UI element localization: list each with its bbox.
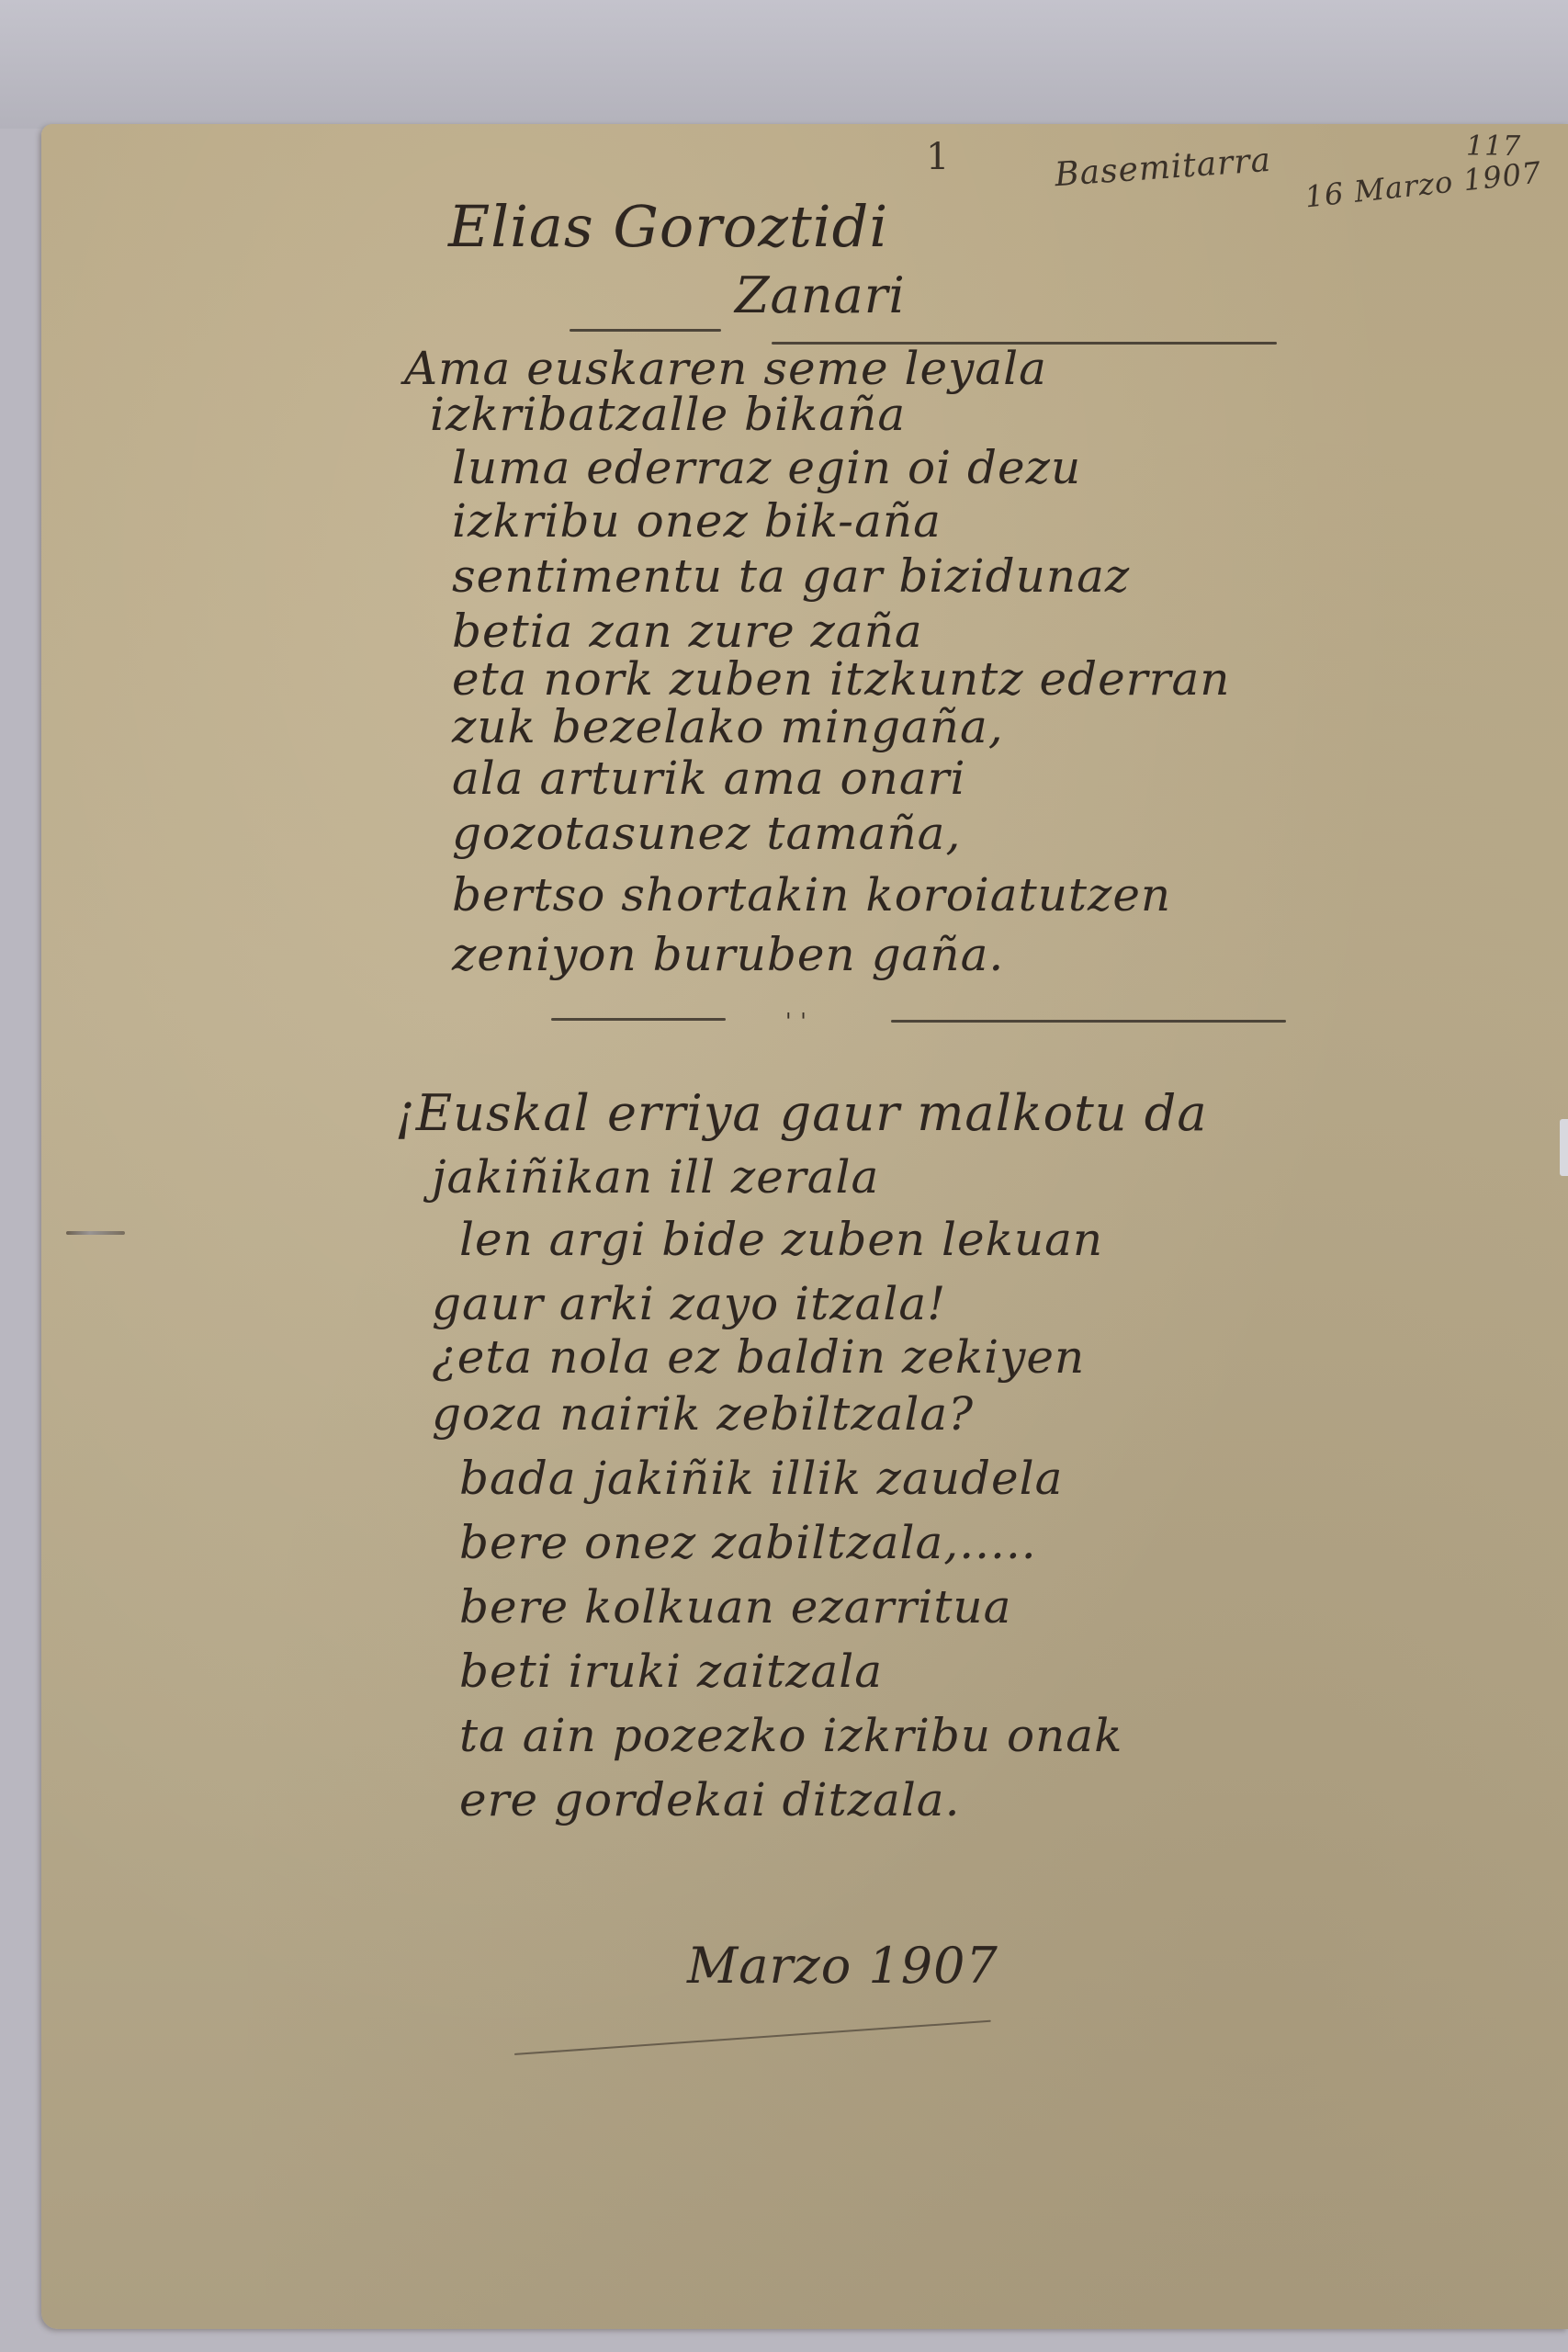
verse-line: ala arturik ama onari [452,752,966,805]
verse-line: ¿eta nola ez baldin zekiyen [432,1330,1085,1384]
verse-line: zuk bezelako mingaña, [452,700,1004,753]
verse-line: bertso shortakin koroiatutzen [452,868,1171,922]
verse-line: ¡Euskal erriya gaur malkotu da [395,1084,1208,1142]
stanza-divider-mark: ' ' [785,1009,807,1035]
footer-date: Marzo 1907 [687,1937,998,1995]
pin-hole-mark [66,1231,125,1235]
verse-line: izkribatzalle bikaña [430,388,906,441]
title-underline-left [570,329,721,332]
verse-line: len argi bide zuben lekuan [459,1213,1103,1266]
paper-tab-marker [1560,1119,1568,1176]
verse-line: gozotasunez tamaña, [452,807,961,860]
page-number: 117 [1466,130,1521,163]
photo-backdrop [0,0,1568,129]
verse-line: bere kolkuan ezarritua [459,1580,1011,1634]
verse-line: eta nork zuben itzkuntz ederran [452,652,1230,706]
verse-line: betia zan zure zaña [452,605,923,658]
verse-line: goza nairik zebiltzala? [432,1387,974,1441]
verse-line: jakiñikan ill zerala [432,1150,879,1204]
verse-line: bada jakiñik illik zaudela [459,1452,1063,1505]
verse-line: luma ederraz egin oi dezu [452,441,1081,494]
verse-line: zeniyon buruben gaña. [452,928,1004,981]
stanza-divider-left [551,1018,726,1021]
verse-line: ta ain pozezko izkribu onak [459,1709,1122,1762]
header-mark: 1 [926,136,950,178]
verse-line: ere gordekai ditzala. [459,1773,961,1826]
stanza-divider-right [891,1020,1286,1023]
verse-line: beti iruki zaitzala [459,1645,883,1698]
verse-line: sentimentu ta gar bizidunaz [452,549,1130,603]
title-subtitle: Zanari [735,266,906,324]
verse-line: gaur arki zayo itzala! [432,1277,946,1330]
verse-line: bere onez zabiltzala,..... [459,1516,1037,1569]
title-name: Elias Goroztidi [448,193,888,260]
verse-line: izkribu onez bik-aña [452,494,942,548]
